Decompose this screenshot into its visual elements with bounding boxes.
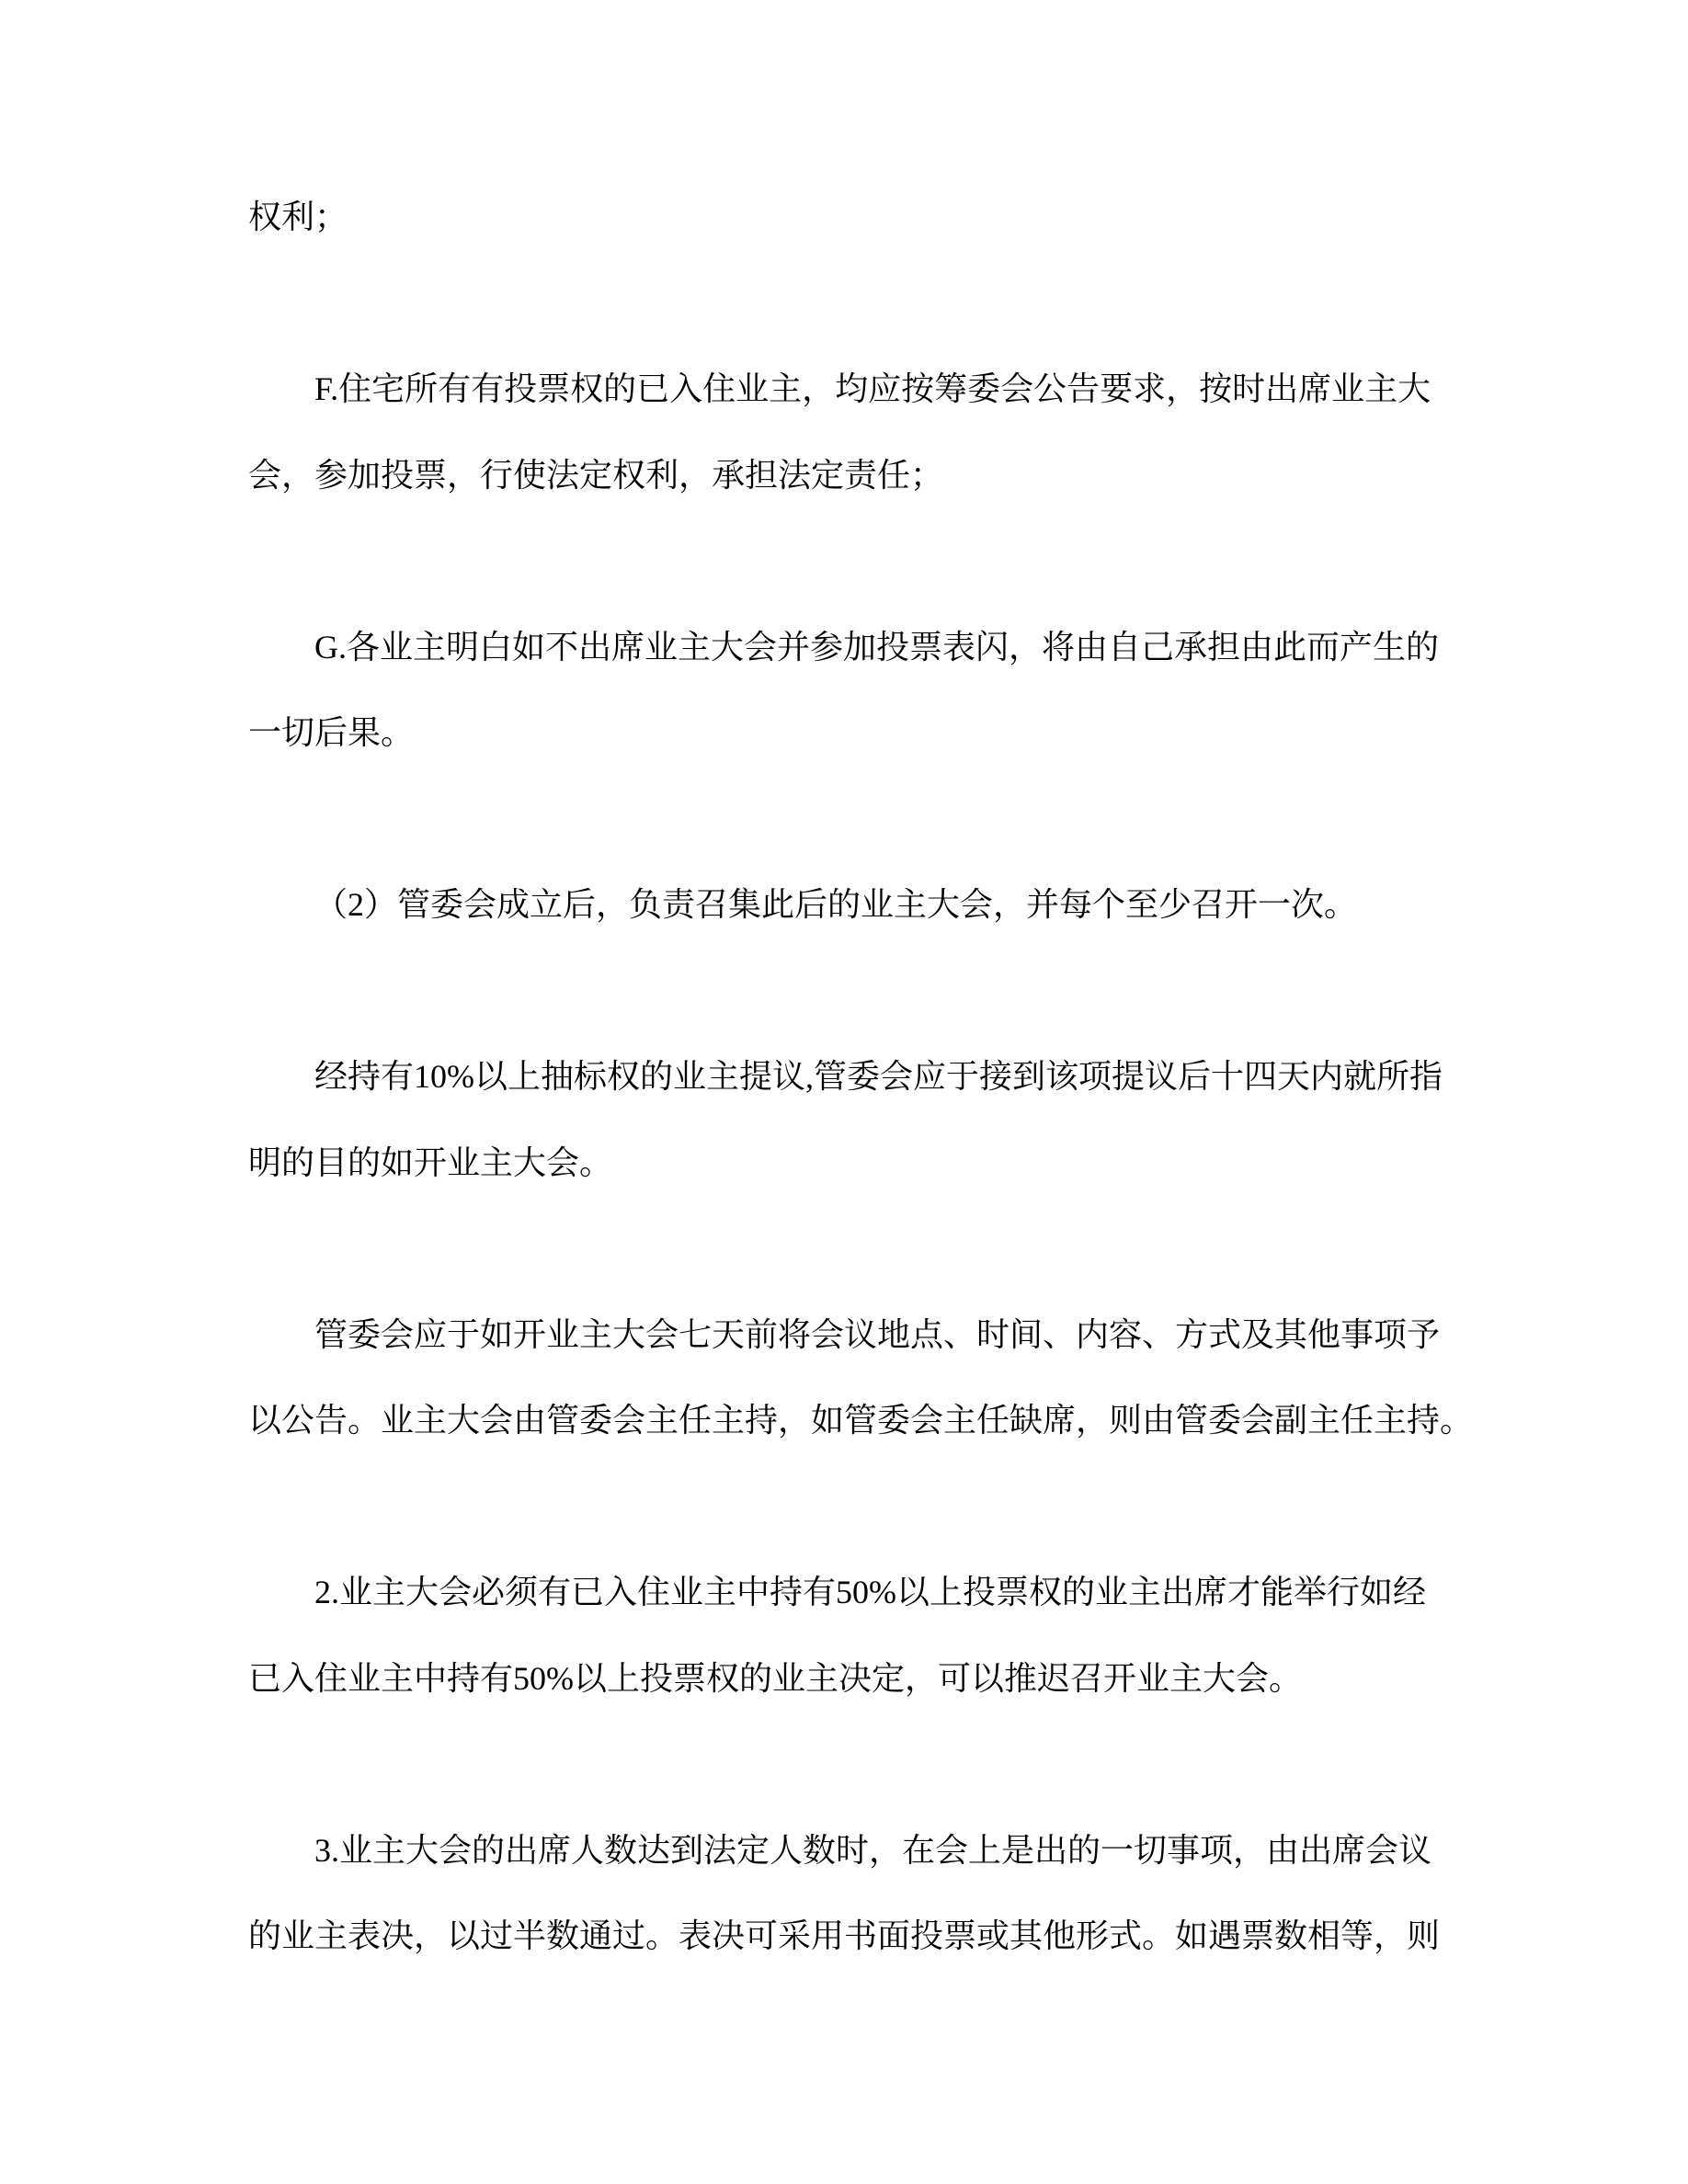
- paragraph: 3.业主大会的出席人数达到法定人数时，在会上是出的一切事项，由出席会议 的业主表…: [248, 1808, 1467, 1980]
- paragraph: 权利；: [248, 175, 1467, 261]
- text-line: 管委会应于如开业主大会七天前将会议地点、时间、内容、方式及其他事项予: [248, 1292, 1467, 1379]
- paragraph: G.各业主明白如不出席业主大会并参加投票表闪，将由自己承担由此而产生的 一切后果…: [248, 605, 1467, 777]
- text-line: 经持有10%以上抽标权的业主提议,管委会应于接到该项提议后十四天内就所指: [248, 1034, 1467, 1120]
- text-line: 以公告。业主大会由管委会主任主持，如管委会主任缺席，则由管委会副主任主持。: [248, 1378, 1467, 1464]
- text-line: 的业主表决，以过半数通过。表决可采用书面投票或其他形式。如遇票数相等，则: [248, 1894, 1467, 1980]
- text-line: 3.业主大会的出席人数达到法定人数时，在会上是出的一切事项，由出席会议: [248, 1808, 1467, 1894]
- paragraph: F.住宅所有有投票权的已入住业主，均应按筹委会公告要求，按时出席业主大 会，参加…: [248, 347, 1467, 518]
- document-page: 权利； F.住宅所有有投票权的已入住业主，均应按筹委会公告要求，按时出席业主大 …: [0, 0, 1688, 2184]
- text-line: G.各业主明白如不出席业主大会并参加投票表闪，将由自己承担由此而产生的: [248, 605, 1467, 691]
- text-line: 权利；: [248, 175, 1467, 261]
- text-line: 会，参加投票，行使法定权利，承担法定责任；: [248, 433, 1467, 519]
- text-line: （2）管委会成立后，负责召集此后的业主大会，并每个至少召开一次。: [248, 862, 1467, 949]
- text-line: 2.业主大会必须有已入住业主中持有50%以上投票权的业主出席才能举行如经: [248, 1550, 1467, 1636]
- text-line: 一切后果。: [248, 690, 1467, 777]
- paragraph: 管委会应于如开业主大会七天前将会议地点、时间、内容、方式及其他事项予 以公告。业…: [248, 1292, 1467, 1464]
- paragraph: 经持有10%以上抽标权的业主提议,管委会应于接到该项提议后十四天内就所指 明的目…: [248, 1034, 1467, 1206]
- paragraph: （2）管委会成立后，负责召集此后的业主大会，并每个至少召开一次。: [248, 862, 1467, 949]
- text-line: 明的目的如开业主大会。: [248, 1120, 1467, 1207]
- text-line: F.住宅所有有投票权的已入住业主，均应按筹委会公告要求，按时出席业主大: [248, 347, 1467, 433]
- paragraph: 2.业主大会必须有已入住业主中持有50%以上投票权的业主出席才能举行如经 已入住…: [248, 1550, 1467, 1722]
- text-line: 已入住业主中持有50%以上投票权的业主决定，可以推迟召开业主大会。: [248, 1636, 1467, 1723]
